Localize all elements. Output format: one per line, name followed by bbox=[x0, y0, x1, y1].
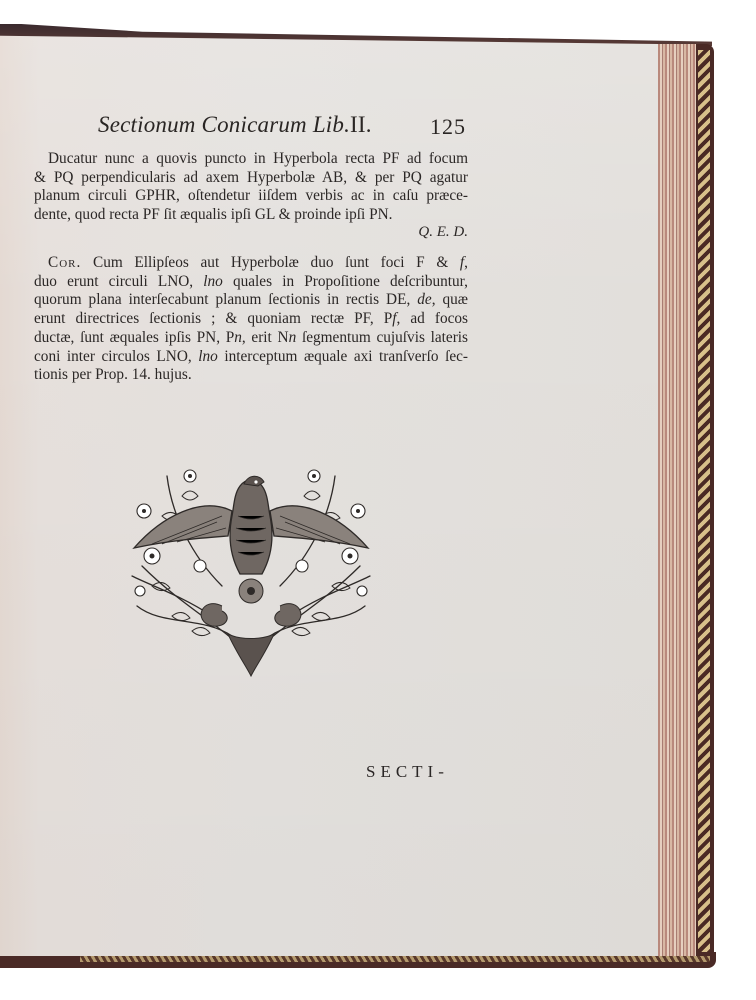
text-run: erunt directrices ſectionis ; & quoniam … bbox=[34, 310, 392, 327]
text-run: quales in Propoſitione deſcribuntur, bbox=[223, 273, 468, 290]
running-title-lib: Lib. bbox=[313, 112, 350, 137]
text-line: coni inter circulos LNO, lno interceptum… bbox=[34, 348, 468, 367]
text-line: duo erunt circuli LNO, lno quales in Pro… bbox=[34, 273, 468, 292]
qed-mark: Q. E. D. bbox=[380, 224, 468, 241]
catchword: SECTI- bbox=[366, 762, 449, 782]
text-line: quorum plana interſecabunt planum ſectio… bbox=[34, 291, 468, 310]
page-edges bbox=[656, 44, 696, 956]
running-title-text: Sectionum Conicarum bbox=[98, 112, 307, 137]
corollary-paragraph: Cor. Cum Ellipſeos aut Hyperbolæ duo ſun… bbox=[34, 254, 468, 385]
text-line: dente, quod recta PF ſit æqualis ipſi GL… bbox=[34, 206, 468, 225]
text-run: , bbox=[464, 254, 468, 271]
text-line: tionis per Prop. 14. hujus. bbox=[34, 366, 468, 385]
running-title-volume: II. bbox=[350, 112, 372, 137]
text-run: ſegmentum cujuſvis lateris bbox=[296, 329, 468, 346]
text-line: planum circuli GPHR, oſtendetur iiſdem v… bbox=[34, 187, 468, 206]
text-run: , quæ bbox=[432, 291, 468, 308]
gilt-tooling-bottom bbox=[80, 956, 710, 962]
eagle-tailpiece-ornament-icon bbox=[122, 456, 380, 678]
page-number: 125 bbox=[430, 114, 466, 140]
text-run-italic: lno bbox=[198, 348, 218, 365]
text-run: Cum Ellipſeos aut Hyperbolæ duo ſunt foc… bbox=[93, 254, 460, 271]
text-line: Ducatur nunc a quovis puncto in Hyperbol… bbox=[34, 150, 468, 169]
text-run: ductæ, ſunt æquales ipſis PN, P bbox=[34, 329, 234, 346]
text-run-italic: n bbox=[234, 329, 242, 346]
text-run: duo erunt circuli LNO, bbox=[34, 273, 203, 290]
text-run: , erit N bbox=[242, 329, 289, 346]
text-run-italic: de bbox=[417, 291, 431, 308]
text-run: , ad focos bbox=[397, 310, 469, 327]
running-title: Sectionum Conicarum Lib.II. bbox=[98, 112, 372, 138]
text-run: interceptum æquale axi tranſverſo ſec- bbox=[218, 348, 468, 365]
text-run: quorum plana interſecabunt planum ſectio… bbox=[34, 291, 417, 308]
text-run-italic: lno bbox=[203, 273, 223, 290]
paragraph-1: Ducatur nunc a quovis puncto in Hyperbol… bbox=[34, 150, 468, 225]
text-line: erunt directrices ſectionis ; & quoniam … bbox=[34, 310, 468, 329]
corollary-label: Cor. bbox=[48, 254, 81, 271]
gilt-tooling-right bbox=[698, 50, 710, 956]
text-line: ductæ, ſunt æquales ipſis PN, Pn, erit N… bbox=[34, 329, 468, 348]
page-header: Sectionum Conicarum Lib.II. 125 bbox=[98, 112, 466, 142]
text-line: & PQ perpendicularis ad axem Hyperbolæ A… bbox=[34, 169, 468, 188]
text-line: Cor. Cum Ellipſeos aut Hyperbolæ duo ſun… bbox=[34, 254, 468, 273]
text-run: coni inter circulos LNO, bbox=[34, 348, 198, 365]
